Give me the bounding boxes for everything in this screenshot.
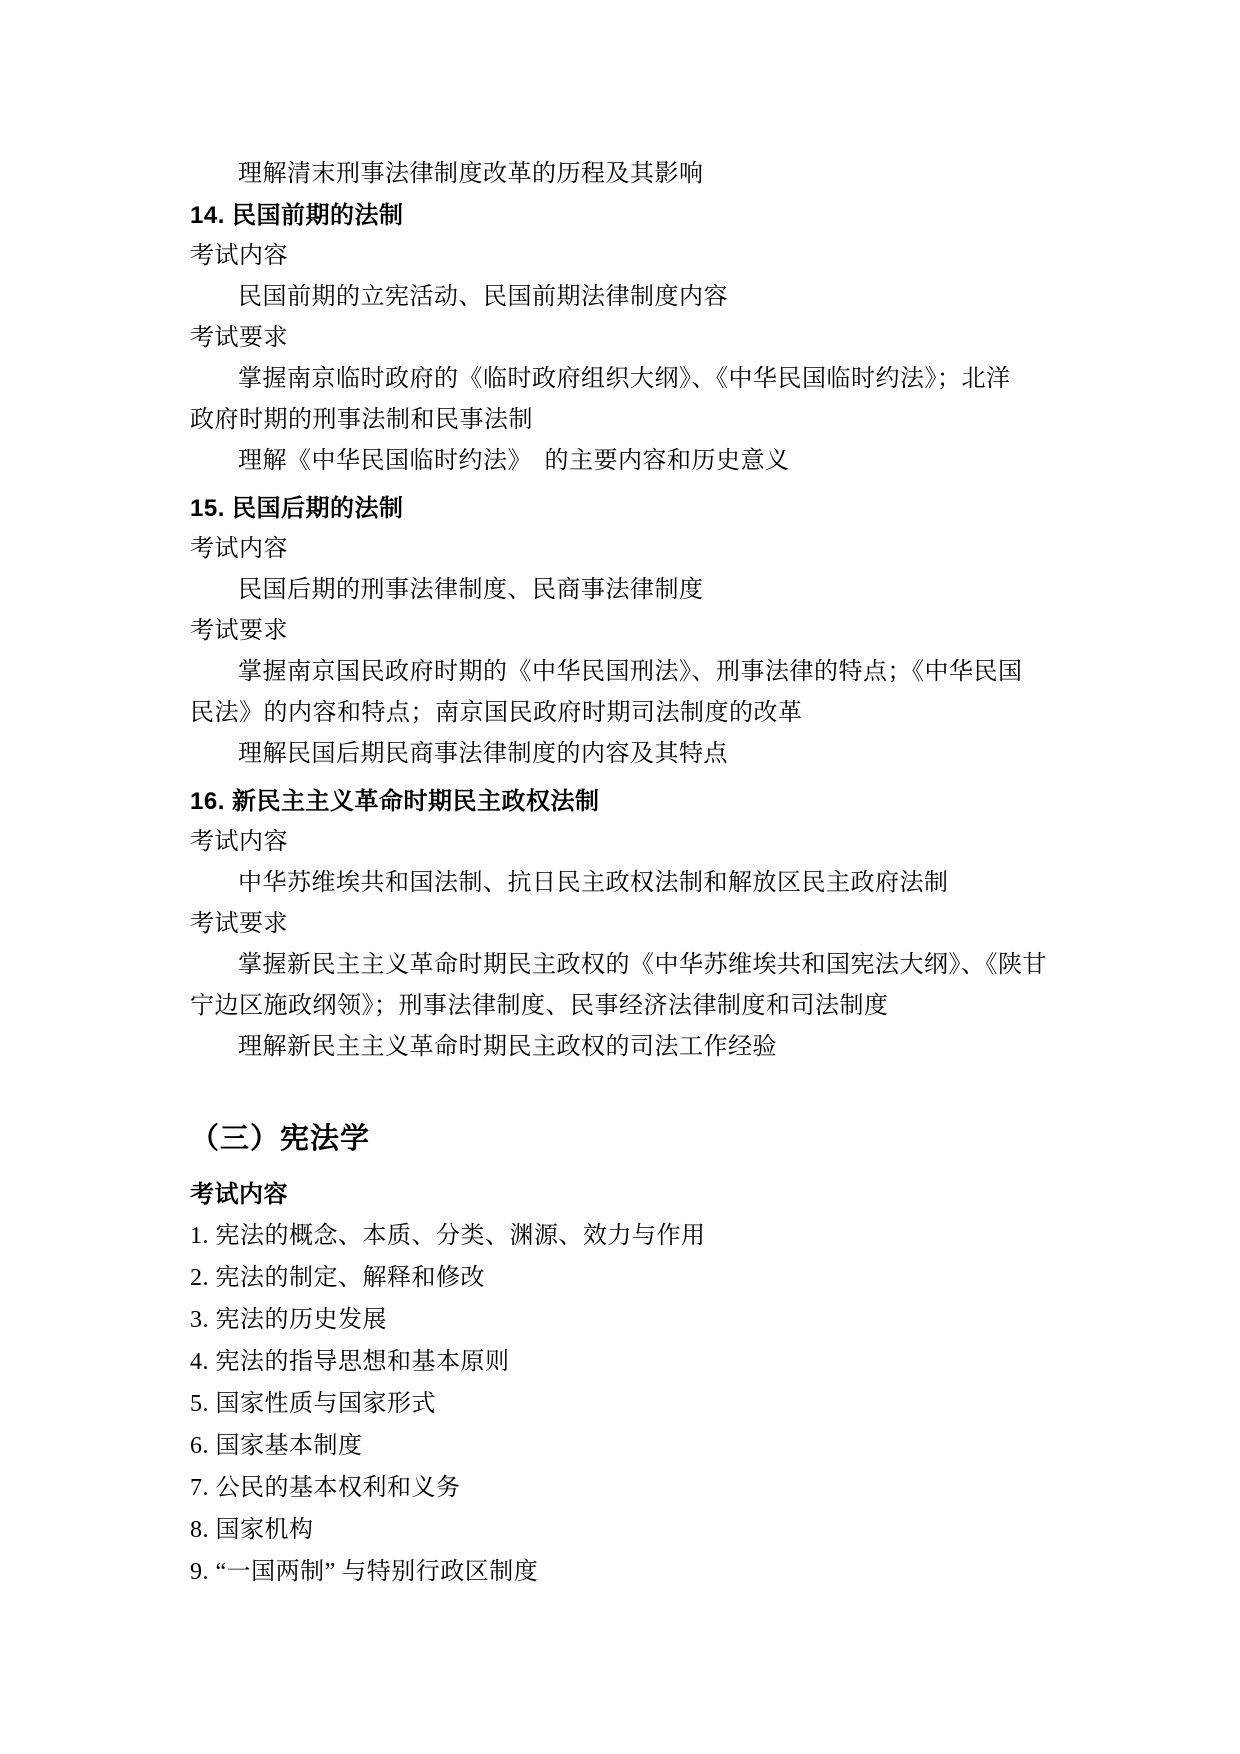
constitutional-item-4: 4. 宪法的指导思想和基本原则	[190, 1341, 1060, 1383]
section-16-content-text: 中华苏维埃共和国法制、抗日民主政权法制和解放区民主政府法制	[190, 863, 1060, 904]
section-14-heading: 14. 民国前期的法制	[190, 195, 1060, 236]
constitutional-item-2: 2. 宪法的制定、解释和修改	[190, 1257, 1060, 1299]
section-16-content-label: 考试内容	[190, 822, 1060, 863]
qing-understand-line: 理解清末刑事法律制度改革的历程及其影响	[190, 154, 1060, 195]
section-15-require-line-1: 掌握南京国民政府时期的《中华民国刑法》、刑事法律的特点；《中华民国	[190, 652, 1060, 693]
page-content: 理解清末刑事法律制度改革的历程及其影响 14. 民国前期的法制 考试内容 民国前…	[190, 154, 1060, 1593]
section-14-require-line-2: 政府时期的刑事法制和民事法制	[190, 400, 1060, 441]
constitutional-item-8: 8. 国家机构	[190, 1509, 1060, 1551]
section-14-content-label: 考试内容	[190, 236, 1060, 277]
section-16-require-label: 考试要求	[190, 904, 1060, 945]
section-15-understand-line: 理解民国后期民商事法律制度的内容及其特点	[190, 734, 1060, 775]
section-16-require-line-1: 掌握新民主主义革命时期民主政权的《中华苏维埃共和国宪法大纲》、《陕甘	[190, 945, 1060, 986]
section-15-content-label: 考试内容	[190, 529, 1060, 570]
section-16-heading: 16. 新民主主义革命时期民主政权法制	[190, 781, 1060, 822]
constitutional-item-1: 1. 宪法的概念、本质、分类、渊源、效力与作用	[190, 1215, 1060, 1257]
section-15-content-text: 民国后期的刑事法律制度、民商事法律制度	[190, 570, 1060, 611]
constitutional-item-5: 5. 国家性质与国家形式	[190, 1383, 1060, 1425]
constitutional-item-7: 7. 公民的基本权利和义务	[190, 1467, 1060, 1509]
section-15-require-label: 考试要求	[190, 611, 1060, 652]
constitutional-law-heading: （三）宪法学	[190, 1116, 1060, 1162]
document-page: 理解清末刑事法律制度改革的历程及其影响 14. 民国前期的法制 考试内容 民国前…	[0, 0, 1240, 1754]
constitutional-item-9: 9. “一国两制” 与特别行政区制度	[190, 1551, 1060, 1593]
section-16-understand-line: 理解新民主主义革命时期民主政权的司法工作经验	[190, 1027, 1060, 1068]
constitutional-content-label: 考试内容	[190, 1174, 1060, 1215]
section-14-require-line-1: 掌握南京临时政府的《临时政府组织大纲》、《中华民国临时约法》；北洋	[190, 359, 1060, 400]
section-15-heading: 15. 民国后期的法制	[190, 488, 1060, 529]
constitutional-item-3: 3. 宪法的历史发展	[190, 1299, 1060, 1341]
constitutional-item-6: 6. 国家基本制度	[190, 1425, 1060, 1467]
section-15-require-line-2: 民法》的内容和特点；南京国民政府时期司法制度的改革	[190, 693, 1060, 734]
section-14-require-label: 考试要求	[190, 318, 1060, 359]
constitutional-topic-list: 1. 宪法的概念、本质、分类、渊源、效力与作用 2. 宪法的制定、解释和修改 3…	[190, 1215, 1060, 1593]
section-16-require-line-2: 宁边区施政纲领》；刑事法律制度、民事经济法律制度和司法制度	[190, 986, 1060, 1027]
section-14-content-text: 民国前期的立宪活动、民国前期法律制度内容	[190, 277, 1060, 318]
section-14-understand-line: 理解《中华民国临时约法》 的主要内容和历史意义	[190, 441, 1060, 482]
